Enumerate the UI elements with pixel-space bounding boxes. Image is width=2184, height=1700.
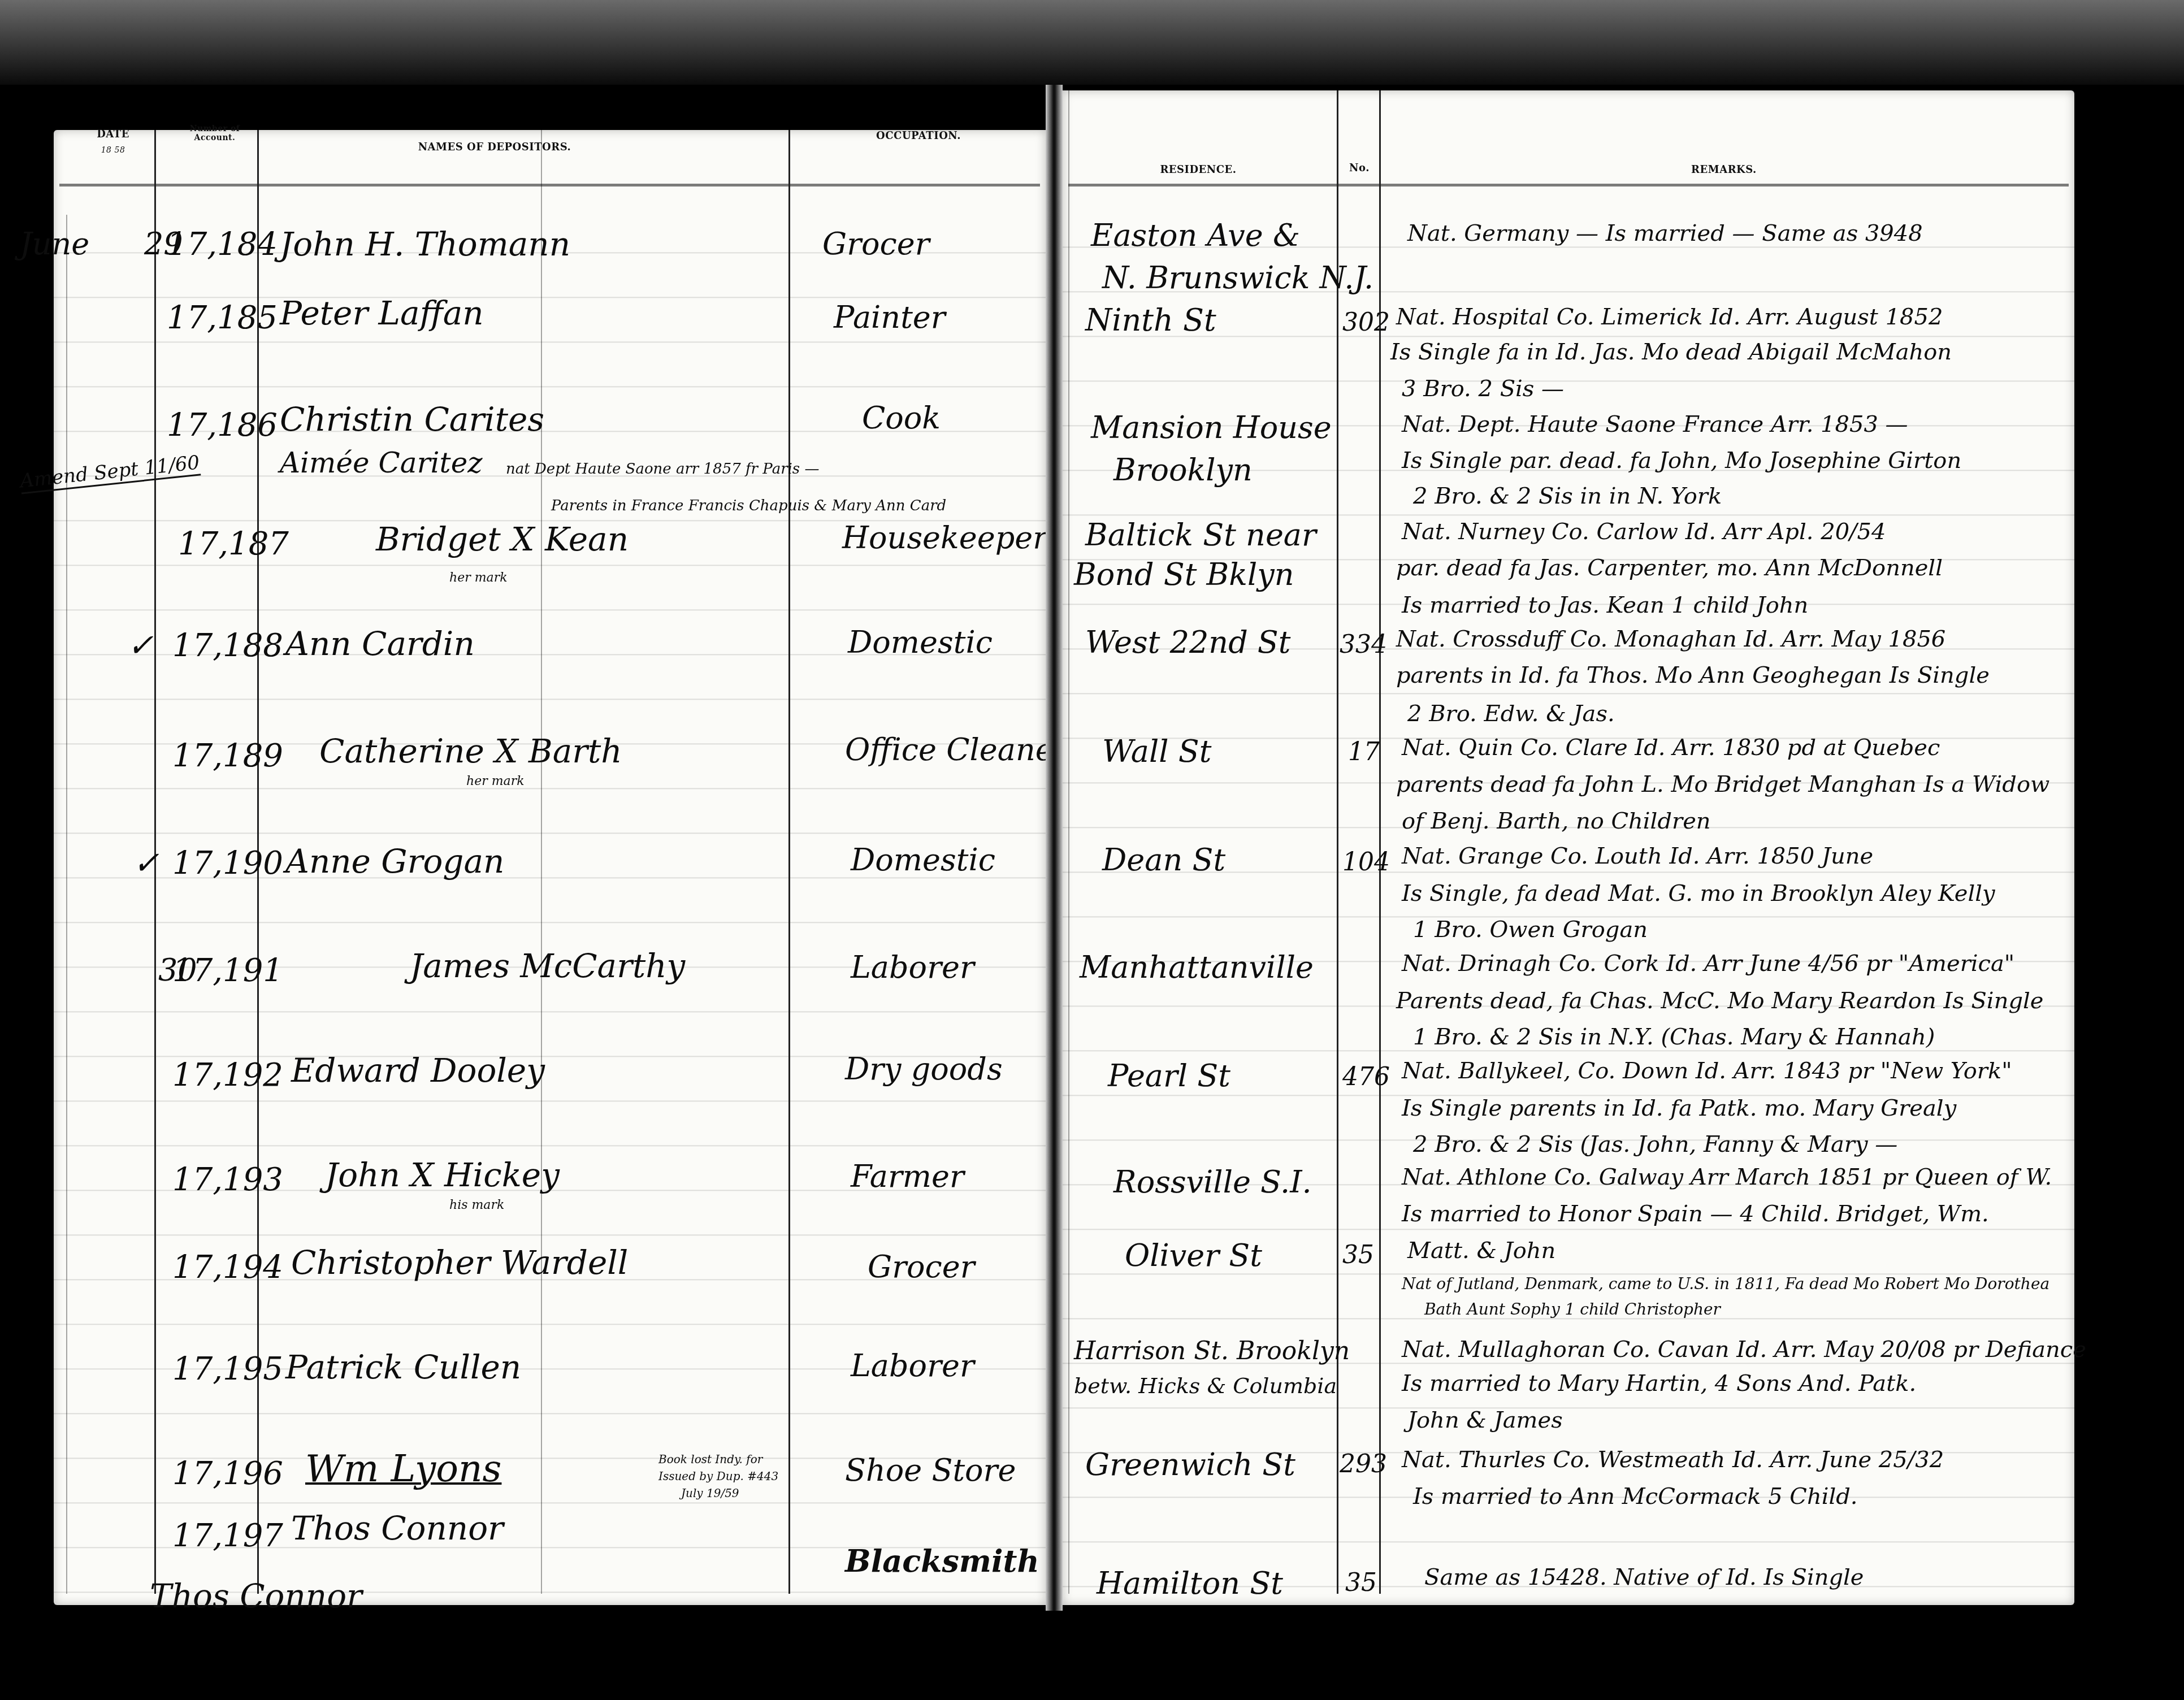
entry-remarks-line: Is married to Mary Hartin, 4 Sons And. P… (1402, 1371, 1916, 1397)
entry-account-number: 17,193 (172, 1161, 283, 1198)
entry-occupation: Grocer (822, 226, 929, 262)
entry-depositor-name: Bridget X Kean (376, 520, 629, 558)
entry-remarks-line: Is married to Honor Spain — 4 Child. Bri… (1402, 1201, 1989, 1227)
entry-residence: Dean St (1102, 842, 1225, 878)
entry-occupation: Blacksmith (845, 1543, 1039, 1579)
entry-depositor-name: Anne Grogan (285, 842, 504, 881)
entry-depositor-name: Edward Dooley (291, 1051, 545, 1090)
entry-house-number: 334 (1340, 630, 1387, 659)
entry-remarks-line: 2 Bro. & 2 Sis (Jas. John, Fanny & Mary … (1413, 1131, 1897, 1157)
entry-remarks-line: 2 Bro. & 2 Sis in in N. York (1413, 483, 1722, 509)
entry-depositor-name: Patrick Cullen (285, 1348, 521, 1386)
entry-occupation: Laborer (851, 949, 974, 985)
header-date: DATE (82, 130, 144, 139)
entry-account-number: 17,189 (172, 738, 283, 774)
entry-check-mark: ✓ (133, 845, 159, 882)
entry-occupation: Housekeeper (842, 520, 1047, 556)
entry-remarks-line: par. dead fa Jas. Carpenter, mo. Ann McD… (1396, 555, 1943, 581)
entry-residence: Manhattanville (1080, 949, 1314, 985)
entry-remarks: Nat. Hospital Co. Limerick Id. Arr. Augu… (1396, 304, 1943, 330)
entry-occupation: Grocer (868, 1249, 974, 1285)
entry-house-number: 302 (1342, 308, 1390, 337)
column-divider-residence (1337, 90, 1338, 1594)
entry-house-number: 293 (1340, 1450, 1387, 1478)
entry-occupation: Domestic (848, 625, 993, 660)
entry-remarks-line: Is Single parents in Id. fa Patk. mo. Ma… (1402, 1095, 1956, 1121)
entry-house-number: 35 (1345, 1568, 1377, 1597)
entry-remarks-line: of Benj. Barth, no Children (1402, 808, 1711, 834)
entry-depositor-name: John X Hickey (325, 1156, 560, 1194)
header-account-number: Number of Account. (184, 124, 246, 142)
entry-remarks-line: Is married to Jas. Kean 1 child John (1402, 592, 1808, 618)
entry-depositor-name: Thos Connor (291, 1509, 504, 1547)
entry-depositor-signature: Wm Lyons (305, 1447, 501, 1490)
entry-mark-note: his mark (449, 1198, 504, 1212)
entry-account-number: 17,184 (167, 226, 278, 263)
entry-depositor-name: Ann Cardin (285, 625, 475, 663)
entry-account-number: 17,197 (172, 1517, 283, 1554)
entry-occupation: Painter (834, 300, 946, 335)
entry-check-mark: ✓ (127, 627, 154, 664)
entry-remarks-line: 1 Bro. & 2 Sis in N.Y. (Chas. Mary & Han… (1413, 1024, 1935, 1050)
entry-residence: Rossville S.I. (1113, 1164, 1312, 1200)
entry-mark-note: her mark (466, 774, 525, 788)
entry-occupation: Farmer (851, 1159, 964, 1194)
entry-residence: Mansion House (1091, 410, 1332, 445)
entry-correction-note-2: Parents in France Francis Chapuis & Mary… (551, 497, 946, 514)
entry-remarks: Same as 15428. Native of Id. Is Single (1424, 1564, 1864, 1590)
column-divider (66, 215, 67, 1594)
entry-remarks: Nat. Crossduff Co. Monaghan Id. Arr. May… (1396, 626, 1945, 652)
header-rule (1068, 184, 2069, 187)
entry-account-number: 17,194 (172, 1249, 283, 1286)
entry-occupation: Dry goods (845, 1051, 1003, 1087)
entry-account-number: 17,190 (172, 845, 283, 882)
right-ledger-page: RESIDENCE. No. REMARKS. Easton Ave & N. … (1063, 90, 2074, 1605)
entry-residence: Pearl St (1108, 1058, 1230, 1094)
entry-residence-line-2: Bond St Bklyn (1074, 557, 1294, 592)
entry-depositor-name: Christin Carites (280, 400, 544, 439)
entry-account-number: 17,195 (172, 1351, 283, 1387)
column-divider (1068, 90, 1069, 1594)
entry-remarks-line: 3 Bro. 2 Sis — (1402, 376, 1564, 402)
entry-remarks: Nat of Jutland, Denmark, came to U.S. in… (1402, 1274, 2049, 1293)
entry-residence: Hamilton St (1097, 1565, 1283, 1601)
entry-residence: Baltick St near (1085, 517, 1316, 553)
entry-depositor-name: Catherine X Barth (319, 732, 622, 770)
entry-occupation: Laborer (851, 1348, 974, 1384)
entry-side-note-2: Issued by Dup. #443 (658, 1469, 778, 1483)
entry-account-number: 17,188 (172, 627, 283, 664)
entry-house-number: 35 (1342, 1241, 1374, 1269)
entry-occupation: Cook (862, 400, 941, 436)
header-year: 18 58 (76, 146, 150, 155)
entry-residence: West 22nd St (1085, 625, 1291, 660)
entry-remarks-line: 1 Bro. Owen Grogan (1413, 917, 1648, 943)
entry-residence: Oliver St (1125, 1238, 1262, 1273)
entry-remarks: Nat. Grange Co. Louth Id. Arr. 1850 June (1402, 843, 1873, 869)
entry-month: June (20, 226, 89, 262)
header-remarks: REMARKS. (1385, 164, 2063, 176)
entry-remarks: Nat. Ballykeel, Co. Down Id. Arr. 1843 p… (1402, 1058, 2012, 1084)
entry-depositor-name: James McCarthy (410, 947, 685, 985)
entry-residence-line-2: N. Brunswick N.J. (1102, 260, 1373, 296)
header-occupation: OCCUPATION. (794, 130, 1043, 142)
entry-residence-line-2: Brooklyn (1113, 452, 1253, 488)
entry-remarks: Nat. Mullaghoran Co. Cavan Id. Arr. May … (1402, 1337, 2086, 1363)
scan-background-top (0, 0, 2184, 85)
entry-depositor-name: Christopher Wardell (291, 1243, 628, 1282)
entry-remarks-line: Is Single fa in Id. Jas. Mo dead Abigail… (1390, 339, 1952, 365)
entry-remarks-line: Is married to Ann McCormack 5 Child. (1413, 1484, 1858, 1510)
entry-account-number: 17,186 (167, 407, 278, 444)
entry-name-correction: Aimée Caritez (280, 446, 483, 479)
entry-remarks: Nat. Dept. Haute Saone France Arr. 1853 … (1402, 411, 1908, 437)
book-spine (1046, 85, 1063, 1611)
column-divider-occupation (788, 130, 790, 1594)
entry-house-number: 17 (1348, 738, 1380, 766)
header-residence: RESIDENCE. (1085, 164, 1311, 176)
entry-remarks-line: 2 Bro. Edw. & Jas. (1407, 701, 1615, 727)
entry-account-number: 17,191 (172, 952, 283, 989)
entry-remarks-line: parents dead fa John L. Mo Bridget Mangh… (1396, 771, 2049, 797)
entry-remarks-line: Is Single par. dead. fa John, Mo Josephi… (1402, 448, 1961, 474)
entry-remarks: Nat. Drinagh Co. Cork Id. Arr June 4/56 … (1402, 951, 2014, 977)
entry-remarks: Nat. Quin Co. Clare Id. Arr. 1830 pd at … (1402, 735, 1940, 761)
entry-residence: Greenwich St (1085, 1447, 1295, 1482)
entry-remarks: Nat. Nurney Co. Carlow Id. Arr Apl. 20/5… (1402, 519, 1886, 545)
entry-remarks: Nat. Athlone Co. Galway Arr March 1851 p… (1402, 1164, 2052, 1190)
entry-occupation: Domestic (851, 842, 995, 878)
entry-remarks-line: Bath Aunt Sophy 1 child Christopher (1424, 1300, 1721, 1319)
entry-correction-note: nat Dept Haute Saone arr 1857 fr Paris — (506, 461, 819, 478)
left-ledger-page: DATE 18 58 Number of Account. NAMES OF D… (54, 130, 1046, 1605)
entry-residence: Ninth St (1085, 302, 1216, 338)
header-no: No. (1340, 164, 1379, 173)
entry-remarks-line: parents in Id. fa Thos. Mo Ann Geoghegan… (1396, 662, 1990, 688)
entry-house-number: 104 (1342, 848, 1390, 877)
header-rule (59, 184, 1040, 187)
entry-residence-line-2: betw. Hicks & Columbia (1074, 1373, 1337, 1398)
entry-house-number: 476 (1342, 1062, 1390, 1091)
entry-depositor-name: Peter Laffan (280, 294, 484, 332)
entry-residence: Wall St (1102, 734, 1211, 769)
repeat-signature: Thos Connor (150, 1577, 362, 1615)
entry-side-note: Book lost Indy. for (658, 1452, 762, 1466)
entry-account-number: 17,196 (172, 1455, 283, 1492)
header-names-of-depositors: NAMES OF DEPOSITORS. (268, 141, 721, 153)
entry-mark-note: her mark (449, 571, 508, 585)
entry-residence: Harrison St. Brooklyn (1074, 1337, 1350, 1365)
entry-remarks-line: Is Single, fa dead Mat. G. mo in Brookly… (1402, 881, 1995, 907)
entry-remarks-line: Parents dead, fa Chas. McC. Mo Mary Rear… (1396, 988, 2044, 1014)
column-divider-names-mid (541, 130, 542, 1594)
entry-remarks-line: John & James (1407, 1407, 1563, 1433)
entry-account-number: 17,192 (172, 1057, 283, 1094)
entry-remarks: Nat. Thurles Co. Westmeath Id. Arr. June… (1402, 1447, 1944, 1473)
entry-remarks-line: Matt. & John (1407, 1238, 1555, 1264)
entry-occupation: Office Cleaner (845, 732, 1068, 767)
entry-depositor-name: John H. Thomann (280, 225, 570, 263)
entry-account-number: 17,185 (167, 300, 278, 336)
entry-account-number: 17,187 (178, 526, 289, 562)
entry-residence: Easton Ave & (1091, 218, 1300, 253)
entry-remarks: Nat. Germany — Is married — Same as 3948 (1407, 220, 1923, 246)
entry-occupation: Shoe Store (845, 1452, 1016, 1488)
entry-side-note-3: July 19/59 (681, 1486, 739, 1500)
